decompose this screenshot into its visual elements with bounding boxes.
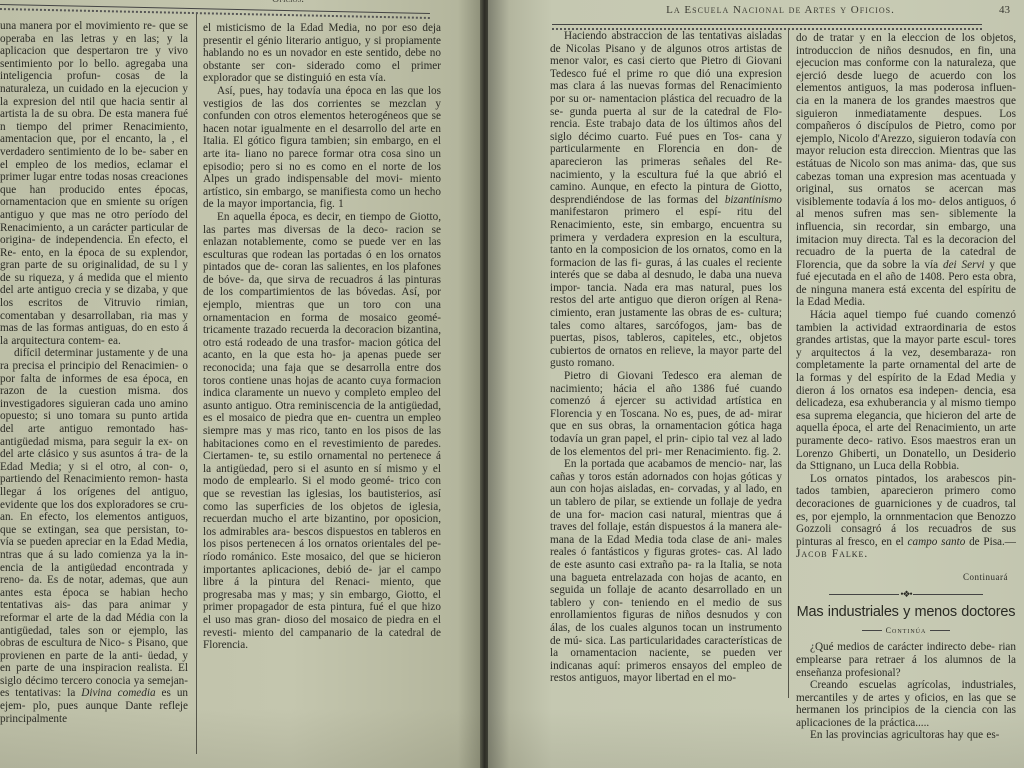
ornament-glyph-icon: •❖•: [900, 589, 911, 599]
column-2: el misticismo de la Edad Media, no por e…: [203, 22, 441, 652]
italic-title: Divina comedia: [81, 687, 155, 699]
author-signature: Jacob Falke.: [796, 548, 868, 560]
ornament-line: [829, 594, 899, 595]
italic-place: dei Servi: [943, 259, 985, 271]
running-head-fragment: Oficios.: [272, 0, 304, 5]
article-title: Mas industriales y menos doctores: [796, 606, 1016, 619]
italic-term: bizantinismo: [725, 194, 782, 206]
column-divider: [196, 14, 197, 754]
paragraph: una manera por el movimiento re- que se …: [0, 20, 188, 347]
paragraph: Así, pues, hay todavía una época en las …: [203, 85, 441, 211]
paragraph: Creando escuelas agrícolas, industriales…: [796, 679, 1016, 729]
paragraph: En la portada que acabamos de mencio- na…: [550, 458, 782, 685]
column-4: do de tratar y en la eleccion de los obj…: [796, 32, 1016, 742]
ornament-divider: •❖•: [796, 588, 1016, 601]
column-1: una manera por el movimiento re- que se …: [0, 20, 188, 725]
paragraph: el misticismo de la Edad Media, no por e…: [203, 22, 441, 85]
ornament-line: [930, 630, 950, 631]
right-page: La Escuela Nacional de Artes y Oficios. …: [488, 0, 1024, 768]
paragraph: Hácia aquel tiempo fué cuando comenzó ta…: [796, 309, 1016, 473]
paragraph: ¿Qué medios de carácter indirecto debe- …: [796, 641, 1016, 679]
column-3: Haciendo abstraccion de las tentativas a…: [550, 30, 782, 685]
paragraph: difícil determinar justamente y de una r…: [0, 347, 188, 725]
paragraph: do de tratar y en la eleccion de los obj…: [796, 32, 1016, 309]
running-head: La Escuela Nacional de Artes y Oficios.: [558, 4, 1003, 16]
page-number: 43: [999, 4, 1010, 16]
ornament-line: [913, 594, 983, 595]
paragraph: Haciendo abstraccion de las tentativas a…: [550, 30, 782, 370]
paragraph: Pietro di Giovani Tedesco era aleman de …: [550, 370, 782, 458]
paragraph: En aquella época, es decir, en tiempo de…: [203, 211, 441, 652]
header-rule: [0, 4, 430, 19]
left-page: Oficios. una manera por el movimiento re…: [0, 0, 482, 768]
continua-label: Continúa: [796, 625, 1016, 638]
paragraph: Los ornatos pintados, los arabescos pin-…: [796, 473, 1016, 561]
continued-note: Continuará: [796, 571, 1008, 584]
italic-place: campo santo: [908, 536, 966, 548]
column-divider: [788, 28, 789, 698]
paragraph: En las provincias agricultoras hay que e…: [796, 729, 1016, 742]
ornament-line: [862, 630, 882, 631]
